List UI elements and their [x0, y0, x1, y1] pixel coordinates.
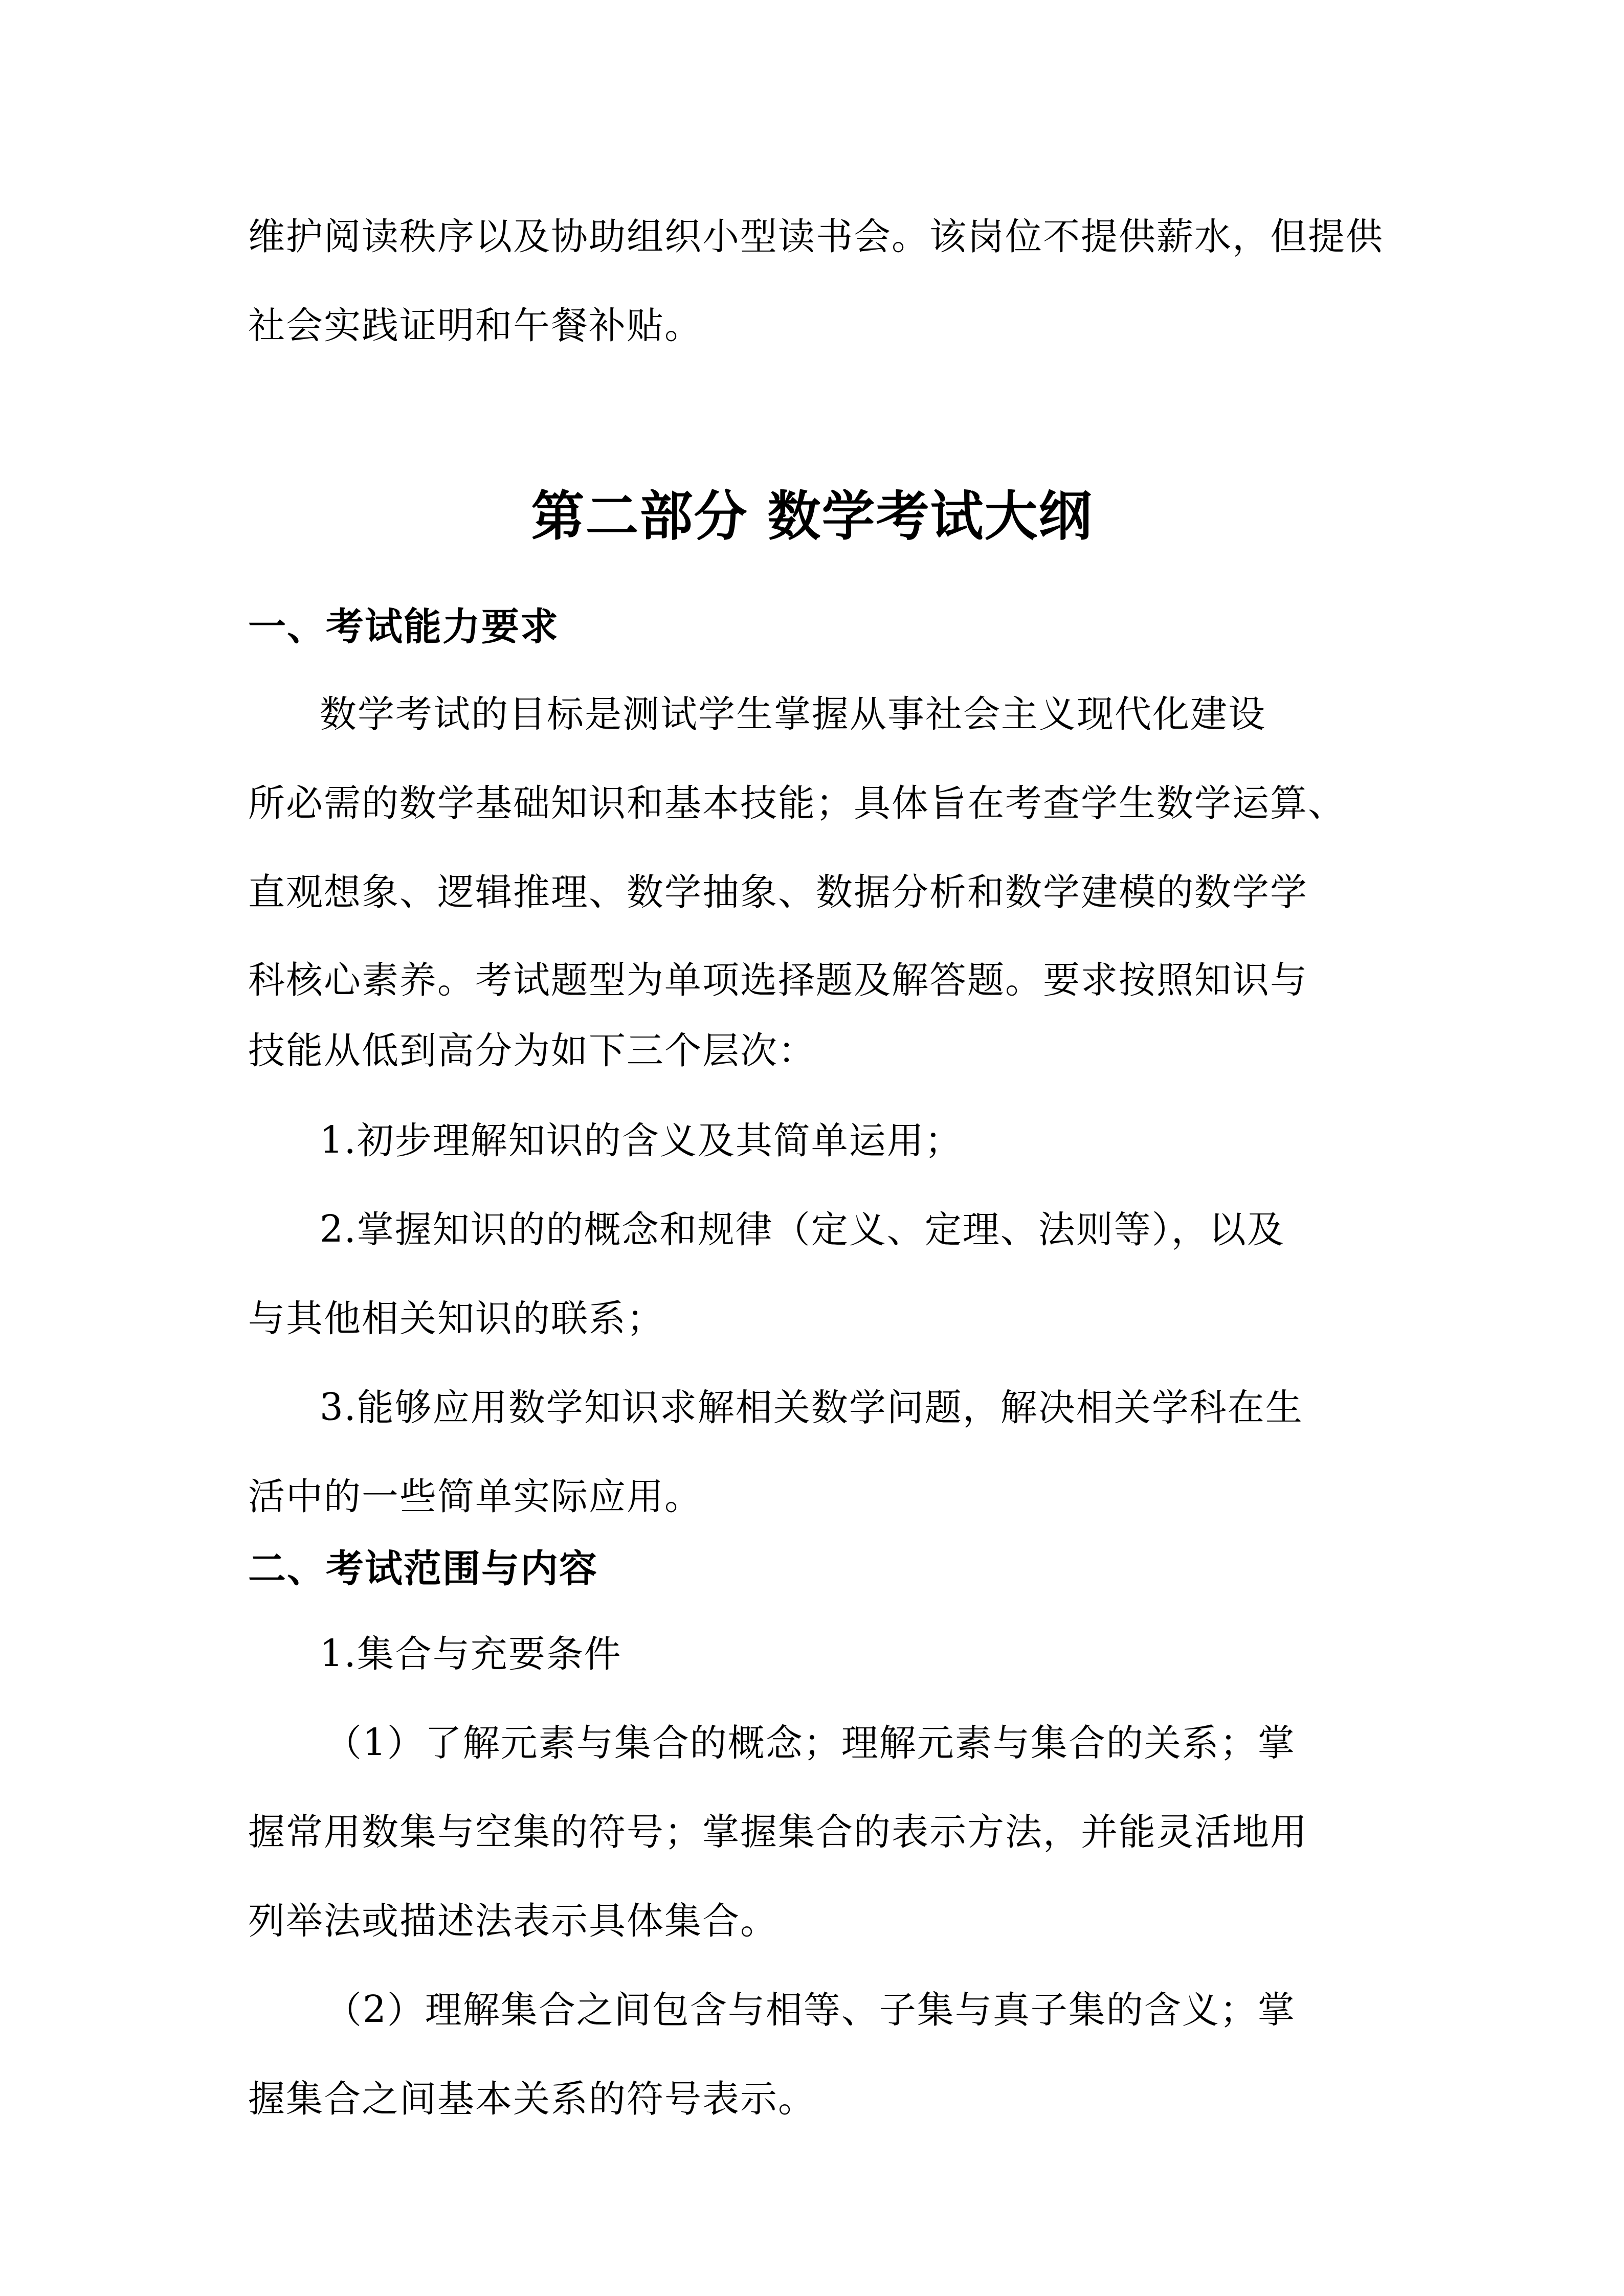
level-item: 2.掌握知识的的概念和规律（定义、定理、法则等），以及 — [320, 1204, 1394, 1255]
topic-item-cont: 列举法或描述法表示具体集合。 — [248, 1895, 1394, 1946]
document-page: 维护阅读秩序以及协助组织小型读书会。该岗位不提供薪水，但提供 社会实践证明和午餐… — [0, 0, 1624, 2296]
level-item-cont: 与其他相关知识的联系； — [248, 1293, 1394, 1344]
section-heading: 二、考试范围与内容 — [248, 1543, 598, 1594]
level-item: 3.能够应用数学知识求解相关数学问题，解决相关学科在生 — [320, 1382, 1394, 1433]
topic-title: 1.集合与充要条件 — [320, 1628, 1394, 1679]
topic-item: （1）了解元素与集合的概念；理解元素与集合的关系；掌 — [325, 1717, 1394, 1768]
body-text-line: 维护阅读秩序以及协助组织小型读书会。该岗位不提供薪水，但提供 — [248, 211, 1394, 262]
body-text-line: 数学考试的目标是测试学生掌握从事社会主义现代化建设 — [320, 688, 1394, 739]
topic-item-cont: 握集合之间基本关系的符号表示。 — [248, 2073, 1394, 2124]
body-text-line: 所必需的数学基础知识和基本技能；具体旨在考查学生数学运算、 — [248, 777, 1394, 828]
body-text-line: 社会实践证明和午餐补贴。 — [248, 300, 1394, 351]
topic-item: （2）理解集合之间包含与相等、子集与真子集的含义；掌 — [325, 1984, 1394, 2035]
level-item-cont: 活中的一些简单实际应用。 — [248, 1471, 1394, 1522]
topic-item-cont: 握常用数集与空集的符号；掌握集合的表示方法，并能灵活地用 — [248, 1806, 1394, 1857]
body-text-line: 科核心素养。考试题型为单项选择题及解答题。要求按照知识与 — [248, 954, 1394, 1005]
level-item: 1.初步理解知识的含义及其简单运用； — [320, 1115, 1394, 1166]
part-title: 第二部分 数学考试大纲 — [0, 483, 1624, 550]
section-heading: 一、考试能力要求 — [248, 601, 559, 652]
body-text-line: 技能从低到高分为如下三个层次： — [248, 1025, 1394, 1076]
body-text-line: 直观想象、逻辑推理、数学抽象、数据分析和数学建模的数学学 — [248, 866, 1394, 917]
